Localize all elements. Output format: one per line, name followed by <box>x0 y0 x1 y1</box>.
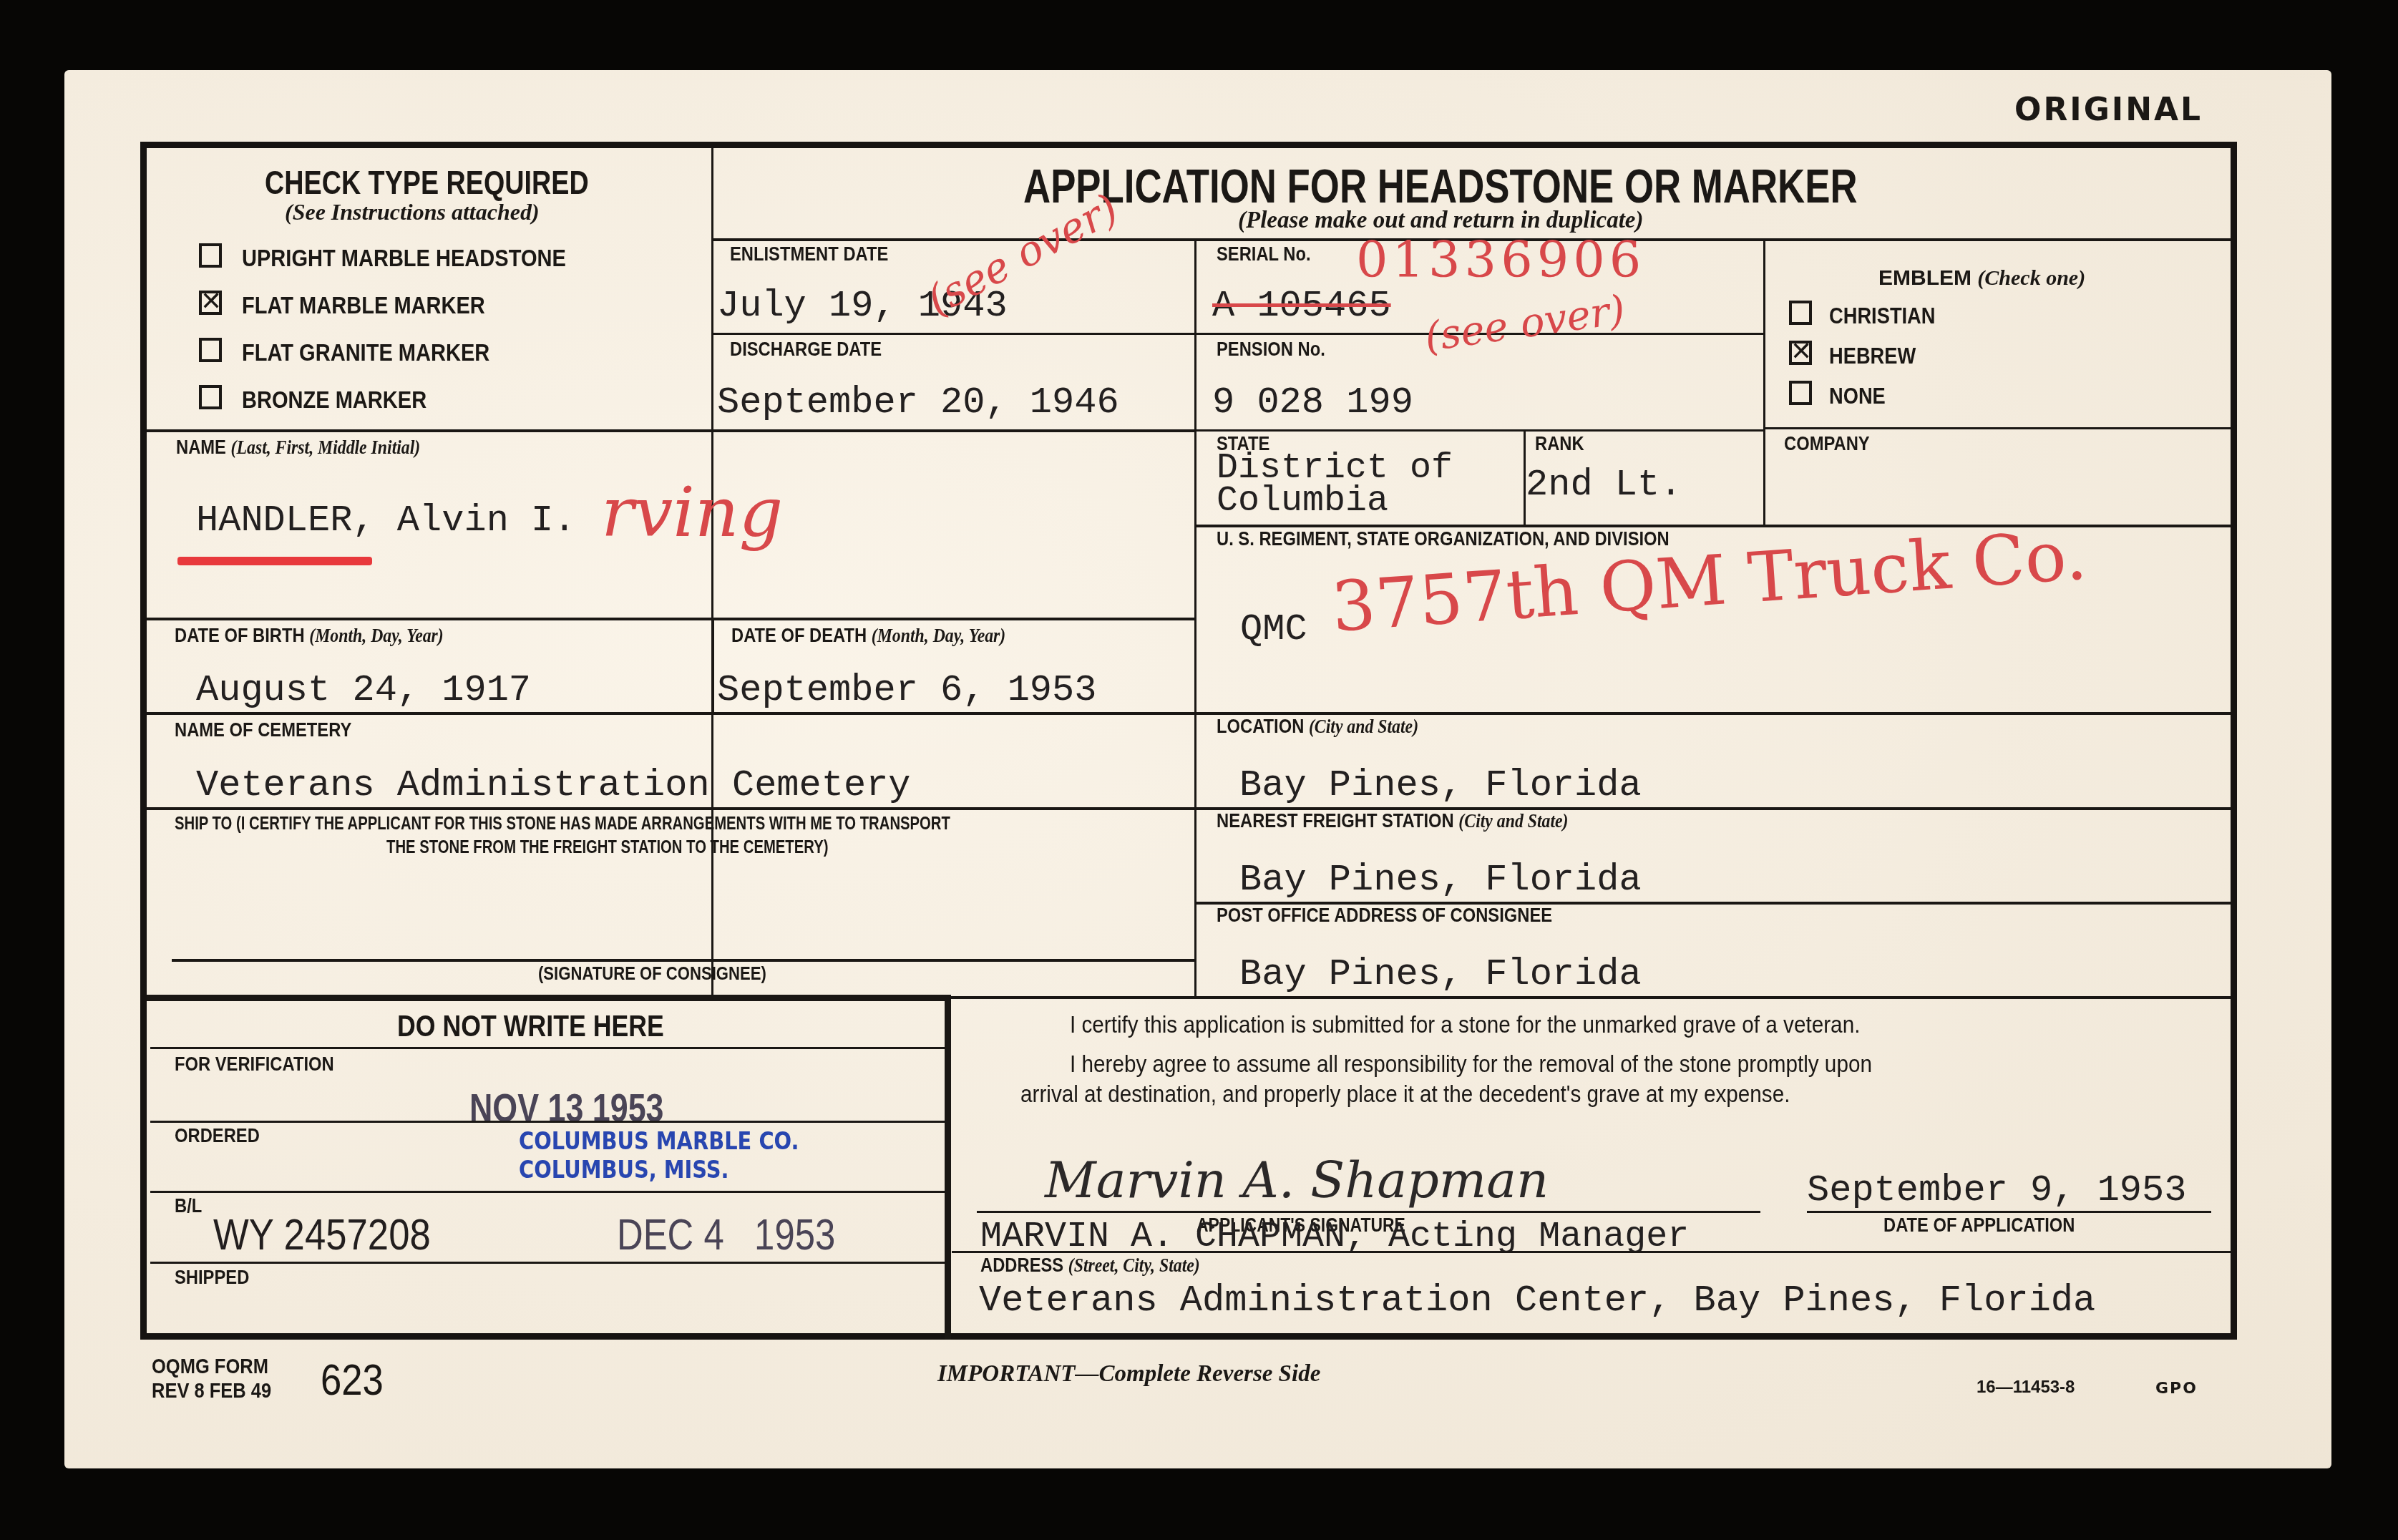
do-not-write-title: DO NOT WRITE HERE <box>397 1009 664 1043</box>
divider-location <box>1194 712 2231 715</box>
birth-label: DATE OF BIRTH (Month, Day, Year) <box>175 625 444 647</box>
divider-emblem <box>1763 240 1765 527</box>
divider-cert-top <box>946 996 2231 999</box>
pension-label: PENSION No. <box>1217 338 1325 361</box>
name-label: NAME (Last, First, Middle Initial) <box>176 437 420 459</box>
emblem-title-italic: (Check one) <box>1977 266 2085 290</box>
date-line <box>1807 1211 2211 1213</box>
original-label: ORIGINAL <box>2014 92 2203 128</box>
print-code: 16—11453-8 <box>1977 1378 2075 1398</box>
birth-label-italic: (Month, Day, Year) <box>309 625 443 646</box>
regiment-value[interactable]: QMC <box>1240 608 1307 650</box>
name-label-text: NAME <box>176 437 226 458</box>
death-label-text: DATE OF DEATH <box>731 625 867 646</box>
divider-birth <box>147 618 1194 620</box>
cemetery-label: NAME OF CEMETERY <box>175 719 351 741</box>
death-label-italic: (Month, Day, Year) <box>872 625 1005 646</box>
certification-line3: arrival at destination, and properly pla… <box>1020 1081 1790 1108</box>
ordered-stamp-line1: COLUMBUS MARBLE CO. <box>519 1127 799 1156</box>
option-label: HEBREW <box>1829 343 1916 369</box>
bl-label: B/L <box>175 1195 202 1217</box>
post-office-value[interactable]: Bay Pines, Florida <box>1239 953 1642 995</box>
certification-line2: I hereby agree to assume all responsibil… <box>1070 1051 1872 1078</box>
shipped-label: SHIPPED <box>175 1267 249 1289</box>
enlistment-label: ENLISTMENT DATE <box>730 243 888 265</box>
divider-verification <box>150 1047 945 1049</box>
check-type-title: CHECK TYPE REQUIRED <box>265 163 589 202</box>
form-id-line1: OQMG FORM <box>152 1355 271 1379</box>
freight-label-italic: (City and State) <box>1458 810 1568 832</box>
form-id-line2: REV 8 FEB 49 <box>152 1379 271 1403</box>
emblem-title-text: EMBLEM <box>1878 266 1971 290</box>
birth-label-text: DATE OF BIRTH <box>175 625 305 646</box>
checkbox-bronze-marker[interactable] <box>199 385 222 409</box>
option-label: UPRIGHT MARBLE HEADSTONE <box>242 245 566 272</box>
ship-to-label-line2: THE STONE FROM THE FREIGHT STATION TO TH… <box>386 836 828 858</box>
option-label: FLAT GRANITE MARKER <box>242 339 489 366</box>
divider-address <box>952 1251 2231 1253</box>
consignee-signature-label: (SIGNATURE OF CONSIGNEE) <box>538 962 766 985</box>
freight-label: NEAREST FREIGHT STATION (City and State) <box>1217 810 1568 832</box>
divider-office-top <box>147 995 946 1001</box>
discharge-value[interactable]: September 20, 1946 <box>717 381 1119 424</box>
certification-line1: I certify this application is submitted … <box>1070 1011 1860 1038</box>
state-value-line2: Columbia <box>1217 485 1453 518</box>
address-label: ADDRESS (Street, City, State) <box>980 1254 1200 1277</box>
divider-shipto <box>147 807 1194 810</box>
rank-value[interactable]: 2nd Lt. <box>1526 464 1682 506</box>
ordered-stamp: COLUMBUS MARBLE CO. COLUMBUS, MISS. <box>519 1127 799 1184</box>
verification-label: FOR VERIFICATION <box>175 1053 334 1076</box>
name-value[interactable]: HANDLER, Alvin I. <box>196 499 576 542</box>
regiment-label: U. S. REGIMENT, STATE ORGANIZATION, AND … <box>1217 528 1670 550</box>
name-red-underline <box>177 557 372 565</box>
checkbox-hebrew[interactable] <box>1789 341 1812 365</box>
checkbox-christian[interactable] <box>1789 301 1812 325</box>
option-label: CHRISTIAN <box>1829 303 1936 329</box>
option-label: BRONZE MARKER <box>242 386 427 414</box>
form-number: 623 <box>321 1355 384 1405</box>
signature-consignee-line <box>172 959 1194 962</box>
application-date[interactable]: September 9, 1953 <box>1807 1169 2187 1212</box>
page-title: APPLICATION FOR HEADSTONE OR MARKER <box>1023 159 1858 213</box>
divider-middle <box>1194 240 1196 996</box>
form-id: OQMG FORM REV 8 FEB 49 <box>152 1355 271 1403</box>
serial-value[interactable]: A-105465 <box>1212 285 1391 327</box>
bl-value: WY 2457208 <box>213 1209 431 1260</box>
bl-date-stamp: DEC 4 1953 <box>617 1209 835 1260</box>
divider-enlistment <box>711 333 1194 335</box>
divider-name <box>147 429 1194 432</box>
state-value[interactable]: District of Columbia <box>1217 452 1453 518</box>
death-value[interactable]: September 6, 1953 <box>717 669 1097 711</box>
address-value[interactable]: Veterans Administration Center, Bay Pine… <box>979 1280 2095 1322</box>
check-type-subtitle: (See Instructions attached) <box>285 199 540 225</box>
verification-date-stamp: NOV 13 1953 <box>469 1084 663 1131</box>
gpo-mark: GPO <box>2155 1380 2198 1398</box>
important-note: IMPORTANT—Complete Reverse Side <box>937 1361 1320 1388</box>
checkbox-flat-marble-marker[interactable] <box>199 291 222 315</box>
location-label-italic: (City and State) <box>1309 716 1418 737</box>
divider-cemetery <box>147 712 1194 715</box>
divider-death <box>712 619 714 712</box>
serial-label: SERIAL No. <box>1217 243 1311 265</box>
consignee-signature-field[interactable] <box>172 859 1188 955</box>
death-label: DATE OF DEATH (Month, Day, Year) <box>731 625 1005 647</box>
ship-to-label-line1: SHIP TO (I CERTIFY THE APPLICANT FOR THI… <box>175 812 950 834</box>
checkbox-flat-granite-marker[interactable] <box>199 338 222 362</box>
location-value[interactable]: Bay Pines, Florida <box>1239 764 1642 806</box>
discharge-label: DISCHARGE DATE <box>730 338 882 361</box>
serial-handwritten: 01336906 <box>1356 230 1645 289</box>
rank-label: RANK <box>1535 433 1584 455</box>
pension-value[interactable]: 9 028 199 <box>1212 381 1413 424</box>
divider-bl <box>150 1191 945 1193</box>
company-label: COMPANY <box>1784 433 1870 455</box>
location-label: LOCATION (City and State) <box>1217 716 1418 738</box>
divider-office-right <box>945 995 951 1340</box>
freight-value[interactable]: Bay Pines, Florida <box>1239 859 1642 901</box>
signature-line <box>977 1211 1760 1213</box>
ordered-label: ORDERED <box>175 1125 260 1147</box>
option-label: FLAT MARBLE MARKER <box>242 292 485 319</box>
checkbox-upright-marble-headstone[interactable] <box>199 243 222 268</box>
cemetery-value[interactable]: Veterans Administration Cemetery <box>196 764 911 806</box>
divider-shipped <box>150 1262 945 1264</box>
location-label-text: LOCATION <box>1217 716 1304 737</box>
birth-value[interactable]: August 24, 1917 <box>196 669 531 711</box>
address-label-text: ADDRESS <box>980 1254 1063 1276</box>
address-label-italic: (Street, City, State) <box>1068 1254 1200 1276</box>
divider-ordered <box>150 1121 945 1123</box>
application-date-label: DATE OF APPLICATION <box>1883 1214 2075 1237</box>
checkbox-none[interactable] <box>1789 381 1812 405</box>
name-handwritten: rving <box>601 472 783 552</box>
name-label-italic: (Last, First, Middle Initial) <box>231 437 421 458</box>
applicant-signature[interactable]: Marvin A. Shapman <box>1045 1151 1549 1209</box>
freight-label-text: NEAREST FREIGHT STATION <box>1217 810 1454 832</box>
divider-pension <box>1194 429 1763 432</box>
ordered-stamp-line2: COLUMBUS, MISS. <box>519 1156 799 1184</box>
post-office-label: POST OFFICE ADDRESS OF CONSIGNEE <box>1217 905 1552 927</box>
option-label: NONE <box>1829 384 1886 409</box>
emblem-title: EMBLEM (Check one) <box>1878 266 2085 291</box>
divider-company <box>1763 427 2231 429</box>
